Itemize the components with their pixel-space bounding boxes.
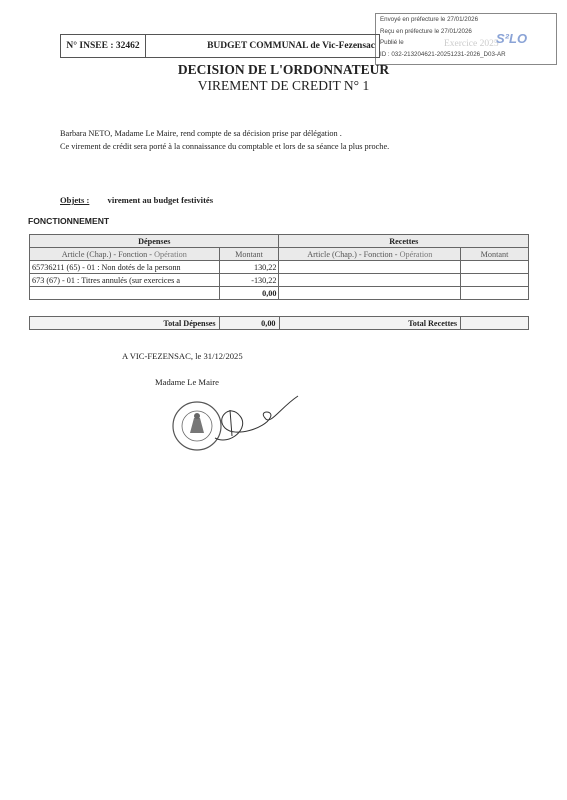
total-depenses-label: Total Dépenses xyxy=(30,317,220,330)
stamp-sent: Envoyé en préfecture le 27/01/2026 xyxy=(376,14,556,26)
dep-subtotal: 0,00 xyxy=(219,287,279,300)
dep-article xyxy=(30,287,220,300)
objets-value: virement au budget festivités xyxy=(108,195,214,205)
dep-article-header: Article (Chap.) - Fonction - Opération xyxy=(30,248,220,261)
header-box: N° INSEE : 32462 BUDGET COMMUNAL de Vic-… xyxy=(60,34,380,58)
table-row: 673 (67) - 01 : Titres annulés (sur exer… xyxy=(30,274,529,287)
objets-line: Objets : virement au budget festivités xyxy=(60,195,213,205)
dep-article: 673 (67) - 01 : Titres annulés (sur exer… xyxy=(30,274,220,287)
document-title: DECISION DE L'ORDONNATEUR xyxy=(0,62,567,78)
intro-paragraph: Barbara NETO, Madame Le Maire, rend comp… xyxy=(60,127,389,153)
exercice-watermark: Exercice 2025 xyxy=(444,39,499,49)
rec-montant xyxy=(461,287,529,300)
rec-montant xyxy=(461,274,529,287)
insee-number: N° INSEE : 32462 xyxy=(61,35,146,57)
rec-article xyxy=(279,261,461,274)
dep-montant: 130,22 xyxy=(219,261,279,274)
objets-label: Objets : xyxy=(60,195,89,205)
intro-line: Ce virement de crédit sera porté à la co… xyxy=(60,140,389,153)
table-row: 0,00 xyxy=(30,287,529,300)
rec-article xyxy=(279,287,461,300)
recettes-header: Recettes xyxy=(279,235,529,248)
depenses-header: Dépenses xyxy=(30,235,279,248)
credit-table: Dépenses Recettes Article (Chap.) - Fonc… xyxy=(29,234,529,300)
mairie-seal-icon xyxy=(173,402,221,450)
stamp-received: Reçu en préfecture le 27/01/2026 xyxy=(376,26,556,38)
intro-line: Barbara NETO, Madame Le Maire, rend comp… xyxy=(60,127,389,140)
stamp-id: ID : 032-213204621-20251231-2026_D03-AR xyxy=(376,49,556,61)
table-row: 65736211 (65) - 01 : Non dotés de la per… xyxy=(30,261,529,274)
section-title: FONCTIONNEMENT xyxy=(28,216,109,226)
seal-and-signature xyxy=(170,388,310,453)
rec-article-header: Article (Chap.) - Fonction - Opération xyxy=(279,248,461,261)
signature-icon xyxy=(215,396,298,440)
total-recettes-value xyxy=(461,317,529,330)
dep-montant: -130,22 xyxy=(219,274,279,287)
total-depenses-value: 0,00 xyxy=(219,317,279,330)
dep-montant-header: Montant xyxy=(219,248,279,261)
signer-title: Madame Le Maire xyxy=(155,377,219,387)
dep-article: 65736211 (65) - 01 : Non dotés de la per… xyxy=(30,261,220,274)
rec-montant-header: Montant xyxy=(461,248,529,261)
place-date: A VIC-FEZENSAC, le 31/12/2025 xyxy=(122,351,243,361)
rec-article xyxy=(279,274,461,287)
document-subtitle: VIREMENT DE CREDIT N° 1 xyxy=(0,78,567,94)
total-recettes-label: Total Recettes xyxy=(279,317,461,330)
totals-table: Total Dépenses 0,00 Total Recettes xyxy=(29,316,529,330)
rec-montant xyxy=(461,261,529,274)
slo-logo: S²LO xyxy=(496,31,527,46)
prefecture-stamp: Envoyé en préfecture le 27/01/2026 Reçu … xyxy=(375,13,557,65)
budget-title: BUDGET COMMUNAL de Vic-Fezensac xyxy=(146,35,379,57)
